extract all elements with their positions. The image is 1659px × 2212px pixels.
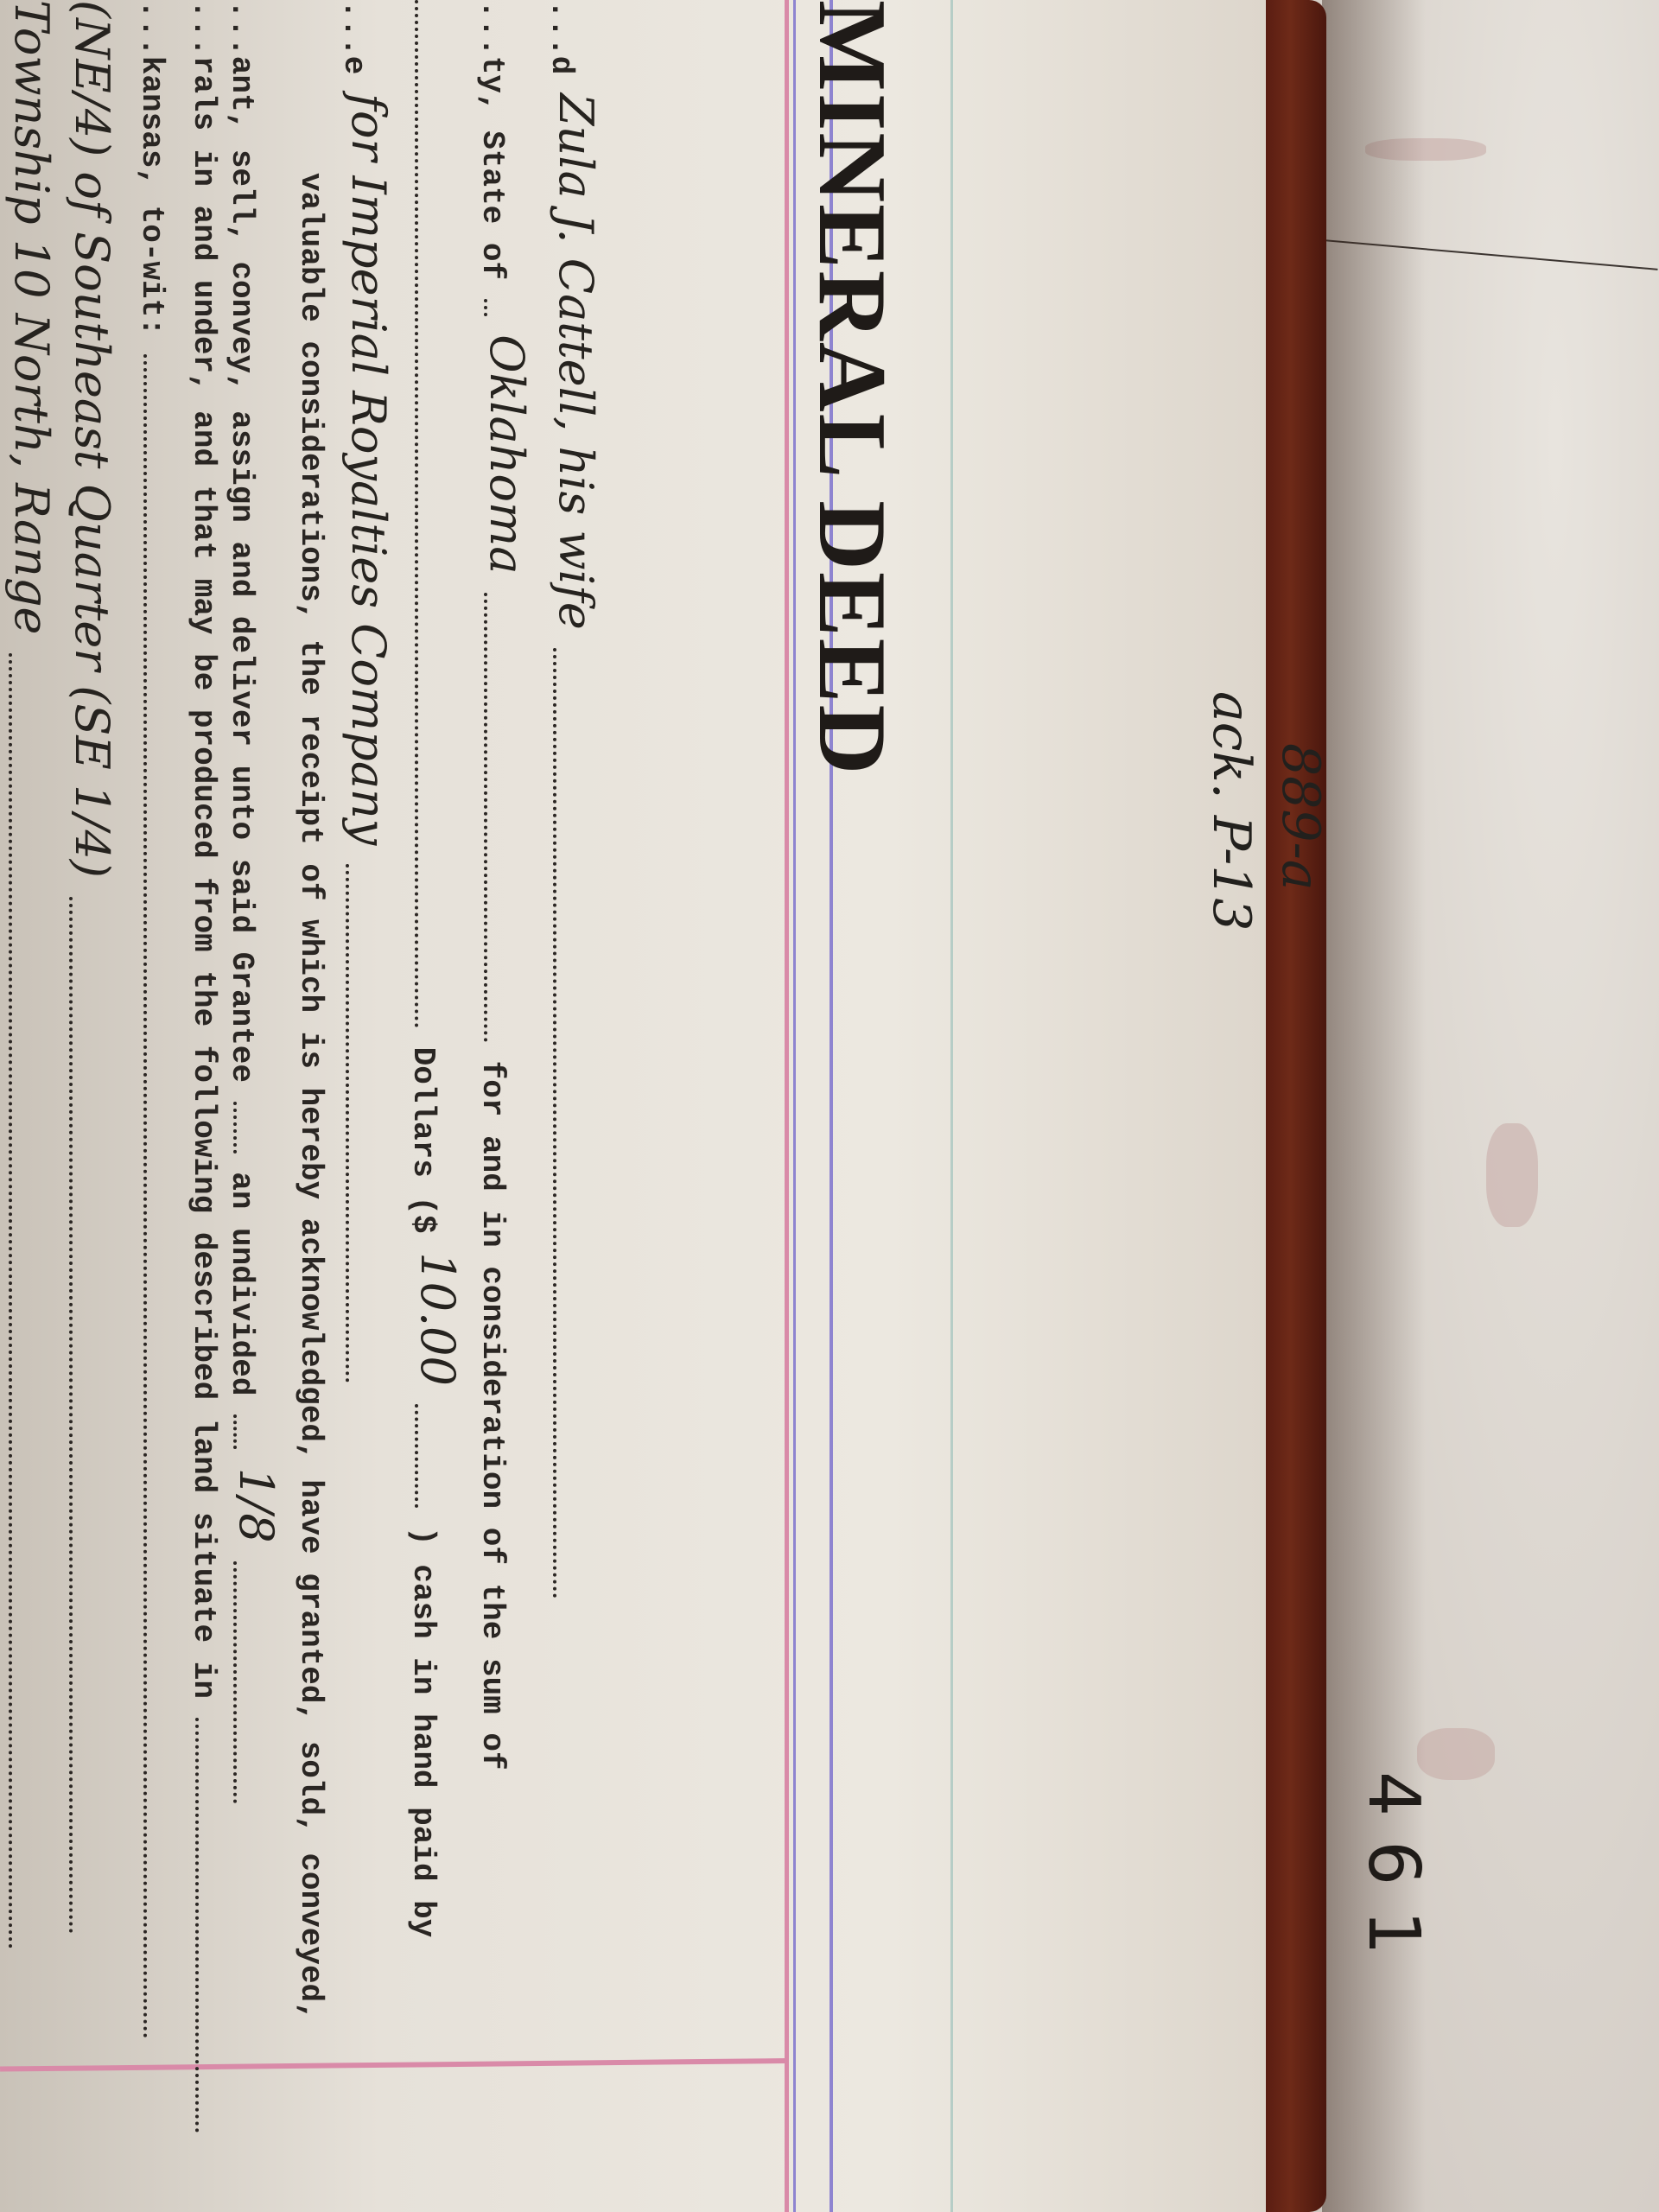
- deed-line-grantee: ...e for Imperial Royalties Company: [328, 0, 389, 2212]
- deed-line-state: ...ty, State of Oklahoma for and in cons…: [467, 0, 527, 2212]
- deed-line-grantor: ...d Zula J. Cattell, his wife: [536, 0, 596, 2212]
- deed-line-to-wit: ...kansas, to-wit:: [112, 0, 173, 2212]
- deed-content: MINERAL DEED 461 889-a ack. P-13 ...d Zu…: [0, 0, 778, 2212]
- book-binding: [1266, 0, 1326, 2212]
- desk-stain: [1486, 1123, 1538, 1227]
- ledger-page: MINERAL DEED 461 889-a ack. P-13 ...d Zu…: [0, 0, 1266, 2212]
- deed-title: MINERAL DEED: [796, 0, 907, 776]
- legal-description-line-1: (NE/4) of Southeast Quarter (SE 1/4): [52, 0, 112, 2212]
- page-number: 461: [1352, 1771, 1434, 1980]
- record-annotation: 889-a: [1270, 743, 1331, 891]
- deed-line-minerals: ...rals in and under, and that may be pr…: [164, 0, 225, 2212]
- consideration-amount: 10.00: [410, 1252, 465, 1386]
- legal-description-2: Township 10 North, Range: [4, 0, 59, 634]
- grantee-name: for Imperial Royalties Company: [341, 93, 396, 845]
- deed-line-amount: Dollars ($ 10.00 ) cash in hand paid by: [397, 0, 458, 2212]
- state-value: Oklahoma: [480, 334, 534, 574]
- legal-description-1: (NE/4) of Southeast Quarter (SE 1/4): [65, 0, 119, 878]
- interest-fraction: 1/8: [229, 1468, 283, 1543]
- grantor-name: Zula J. Cattell, his wife: [549, 93, 603, 630]
- margin-rule-green: [950, 0, 953, 2212]
- margin-rule-pink: [785, 0, 789, 2212]
- deed-line-consideration: valuable considerations, the receipt of …: [268, 0, 328, 2212]
- legal-description-line-2: Township 10 North, Range: [0, 0, 52, 2212]
- ack-annotation: ack. P-13: [1201, 691, 1262, 931]
- deed-line-undivided: ...ant, sell, convey, assign and deliver…: [216, 0, 276, 2212]
